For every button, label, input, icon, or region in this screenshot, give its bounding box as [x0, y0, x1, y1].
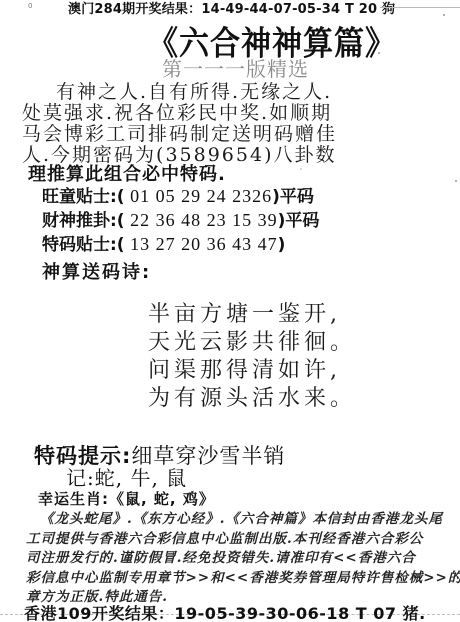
hongkong-result: 香港109开奖结果：19-05-39-30-06-18 T 07 猪. [24, 601, 426, 622]
notice-paragraph: 《龙头蛇尾》.《东方心经》.《六合神篇》本信封由香港龙头尾 工司提供与香港六合彩… [26, 510, 446, 608]
intro-line: 马会博彩工司排码制定送明码赠佳 [22, 124, 442, 145]
poem-title: 神算送码诗: [42, 258, 151, 284]
tip-numbers: 22 36 48 23 15 39 [125, 210, 278, 230]
corner-mark: 0 [28, 2, 32, 10]
poem-line: 问渠那得清如许, [148, 353, 341, 384]
notice-line: 司注册发行的.谨防假冒.经免投资错失.请准印有<<香港六合 [26, 549, 446, 569]
intro-line: 有神之人.自有所得.无缘之人. [22, 82, 442, 103]
tip-label: 旺童贴士:( [42, 187, 125, 207]
tip-numbers: 01 05 29 24 2326 [125, 186, 273, 206]
tip-label: 财神推卦:( [42, 211, 125, 231]
tip-row-wangtong: 旺童贴士:( 01 05 29 24 2326)平码 [42, 182, 314, 207]
intro-paragraph: 有神之人.自有所得.无缘之人. 处莫强求.祝各位彩民中奖.如顺期 马会博彩工司排… [22, 82, 442, 166]
scan-speck [378, 52, 380, 54]
poem-line: 天光云影共徘徊。 [148, 325, 356, 356]
tip-row-caishen: 财神推卦:( 22 36 48 23 15 39)平码 [42, 206, 319, 231]
tip-label: 特码贴士:( [42, 235, 125, 255]
lucky-zodiac: 幸运生肖:《鼠, 蛇, 鸡》 [38, 488, 215, 509]
tip-row-tema: 特码贴士:( 13 27 20 36 43 47) [42, 230, 285, 255]
poem-line: 为有源头活水来。 [148, 381, 356, 412]
edition-subtitle: 第一一一版精选 [162, 53, 309, 82]
scan-speck [443, 14, 445, 16]
tip-suffix: )平码 [272, 187, 314, 207]
remember-line: 记:蛇, 牛, 鼠 [66, 462, 187, 491]
notice-line: 工司提供与香港六合彩信息中心监制出版.本刊经香港六合彩公 [26, 530, 446, 550]
top-divider [380, 7, 460, 8]
poem-line: 半亩方塘一鉴开, [148, 297, 341, 328]
macau-result: 澳门284期开奖结果：14-49-44-07-05-34 T 20 狗 [68, 0, 395, 17]
tip-suffix: )平码 [278, 211, 320, 231]
scan-speck [300, 168, 302, 170]
tip-suffix: ) [278, 235, 286, 255]
notice-line: 《龙头蛇尾》.《东方心经》.《六合神篇》本信封由香港龙头尾 [26, 510, 446, 530]
tip-numbers: 13 27 20 36 43 47 [125, 234, 278, 254]
notice-line: 彩信息中心监制专用章节>>和<<香港奖券管理局特许售检械>>的 [26, 569, 446, 589]
intro-line: 处莫强求.祝各位彩民中奖.如顺期 [22, 103, 442, 124]
scan-speck [455, 180, 457, 182]
